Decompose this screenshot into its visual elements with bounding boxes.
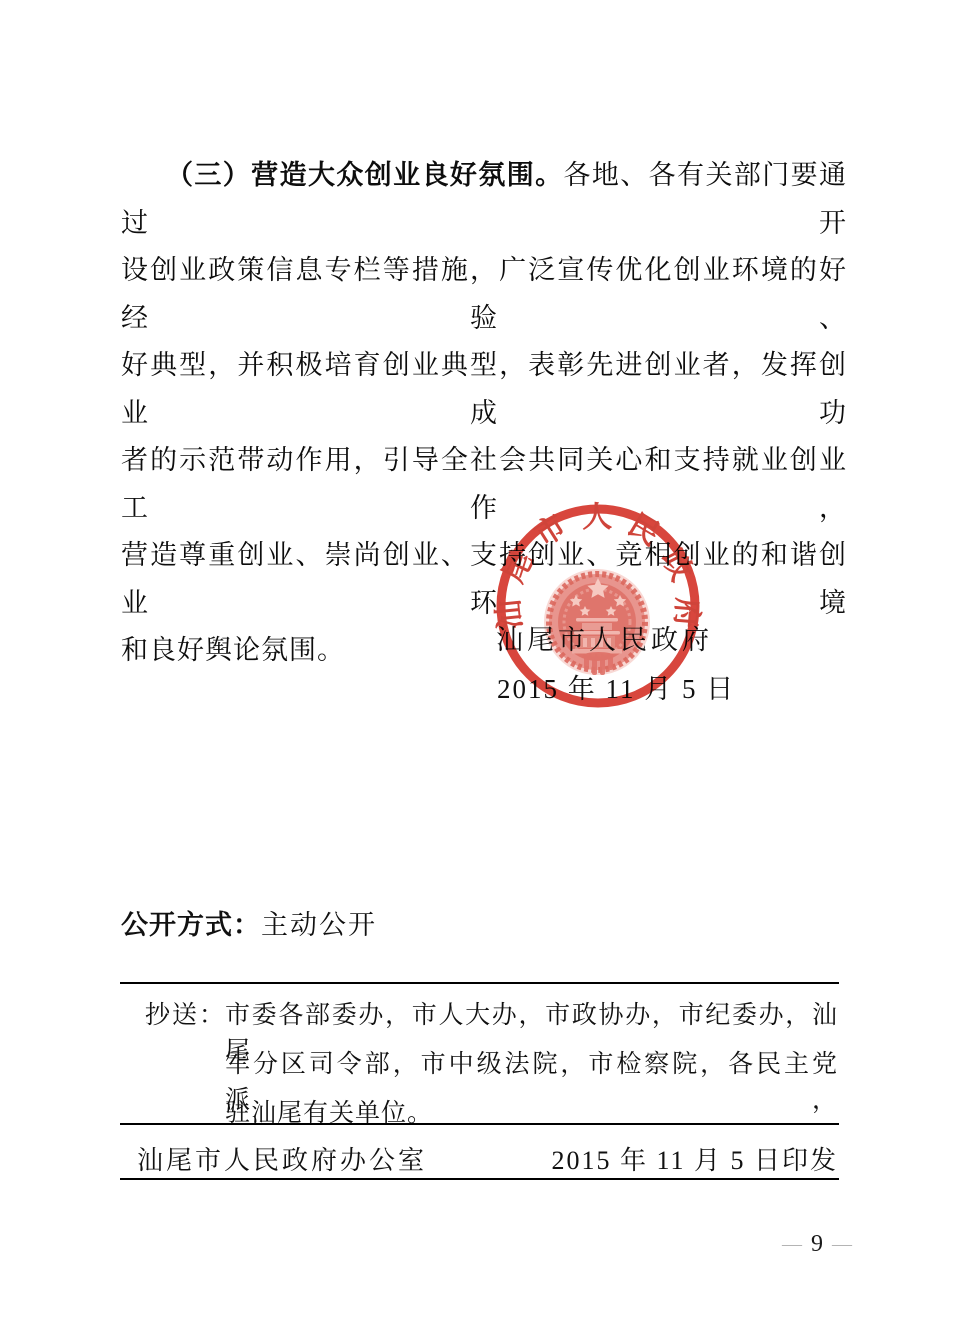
disclosure-value: 主动公开 [261,910,377,940]
divider-top [120,982,839,984]
official-seal: 汕尾市人民政府 [492,500,704,712]
page-number-dash-right: — [832,1233,852,1256]
divider-bottom [120,1178,839,1180]
cc-label: 抄送： [145,995,226,1031]
paragraph-line: 者的示范带动作用，引导全社会共同关心和支持就业创业工作， [121,437,847,532]
page-number: — 9 — [782,1231,852,1258]
document-page: （三）营造大众创业良好氛围。各地、各有关部门要通过开 设创业政策信息专栏等措施，… [0,0,966,1328]
paragraph-line: 设创业政策信息专栏等措施，广泛宣传优化创业环境的好经验、 [121,247,847,342]
page-number-value: 9 [811,1231,823,1258]
main-paragraph: （三）营造大众创业良好氛围。各地、各有关部门要通过开 设创业政策信息专栏等措施，… [121,152,847,675]
divider-middle [120,1123,839,1125]
disclosure-row: 公开方式：主动公开 [121,903,377,942]
national-emblem-icon [544,569,650,675]
issuing-office: 汕尾市人民政府办公室 [137,1140,427,1177]
paragraph-lead-bold: （三）营造大众创业良好氛围。 [166,160,563,190]
page-number-dash-left: — [782,1233,802,1256]
print-date: 2015 年 11 月 5 日印发 [551,1140,838,1177]
paragraph-line: （三）营造大众创业良好氛围。各地、各有关部门要通过开 [121,152,847,247]
disclosure-label: 公开方式： [121,910,261,940]
paragraph-line: 和良好舆论氛围。 [121,627,847,675]
paragraph-line: 营造尊重创业、崇尚创业、支持创业、竞相创业的和谐创业环境 [121,532,847,627]
paragraph-line: 好典型，并积极培育创业典型，表彰先进创业者，发挥创业成功 [121,342,847,437]
